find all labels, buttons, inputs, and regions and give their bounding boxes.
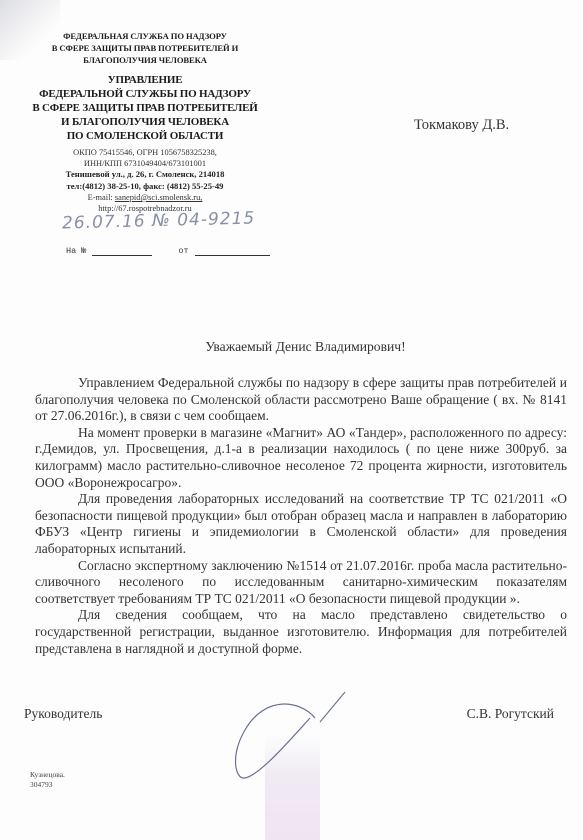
body-paragraph: Согласно экспертному заключению №1514 от… (35, 558, 567, 608)
organization-requisites: ОКПО 75415546, ОГРН 1056758325238, ИНН/К… (20, 147, 270, 169)
email-label: E-mail: (88, 193, 115, 202)
email-link[interactable]: sanepid@sci.smolensk.ru, (115, 193, 203, 202)
handwritten-outgoing-number: 26.07.16 № 04-9215 (62, 208, 256, 233)
executor-name: Кузнецова. (30, 770, 65, 780)
letter-body: Управлением Федеральной службы по надзор… (35, 375, 567, 657)
on-number-blank (92, 246, 152, 256)
body-paragraph: Управлением Федеральной службы по надзор… (35, 375, 567, 425)
from-label: от (178, 246, 188, 256)
signatory-name: С.В. Рогутский (467, 706, 554, 722)
letter-page: ФЕДЕРАЛЬНАЯ СЛУЖБА ПО НАДЗОРУ В СФЕРЕ ЗА… (0, 0, 583, 840)
executor-info: Кузнецова. 304793 (30, 770, 65, 790)
executor-phone: 304793 (30, 780, 65, 790)
email-line: E-mail: sanepid@sci.smolensk.ru, (20, 192, 270, 203)
department-name: УПРАВЛЕНИЕ ФЕДЕРАЛЬНОЙ СЛУЖБЫ ПО НАДЗОРУ… (20, 73, 270, 143)
body-paragraph: Для сведения сообщаем, что на масло пред… (35, 607, 567, 657)
on-number-label: На № (66, 246, 86, 256)
handwritten-signature-icon (220, 690, 360, 810)
letterhead: ФЕДЕРАЛЬНАЯ СЛУЖБА ПО НАДЗОРУ В СФЕРЕ ЗА… (20, 30, 270, 214)
signatory-title: Руководитель (24, 706, 102, 722)
body-paragraph: На момент проверки в магазине «Магнит» А… (35, 425, 567, 491)
reference-line: На № от (66, 246, 270, 256)
recipient: Токмакову Д.В. (414, 117, 509, 134)
salutation: Уважаемый Денис Владимирович! (0, 339, 583, 355)
agency-name: ФЕДЕРАЛЬНАЯ СЛУЖБА ПО НАДЗОРУ В СФЕРЕ ЗА… (20, 30, 270, 66)
from-date-blank (195, 246, 270, 256)
phone-fax: тел:(4812) 38-25-10, факс: (4812) 55-25-… (20, 181, 270, 193)
postal-address: Тенишевой ул., д. 26, г. Смоленск, 21401… (20, 169, 270, 181)
body-paragraph: Для проведения лабораторных исследований… (35, 491, 567, 557)
